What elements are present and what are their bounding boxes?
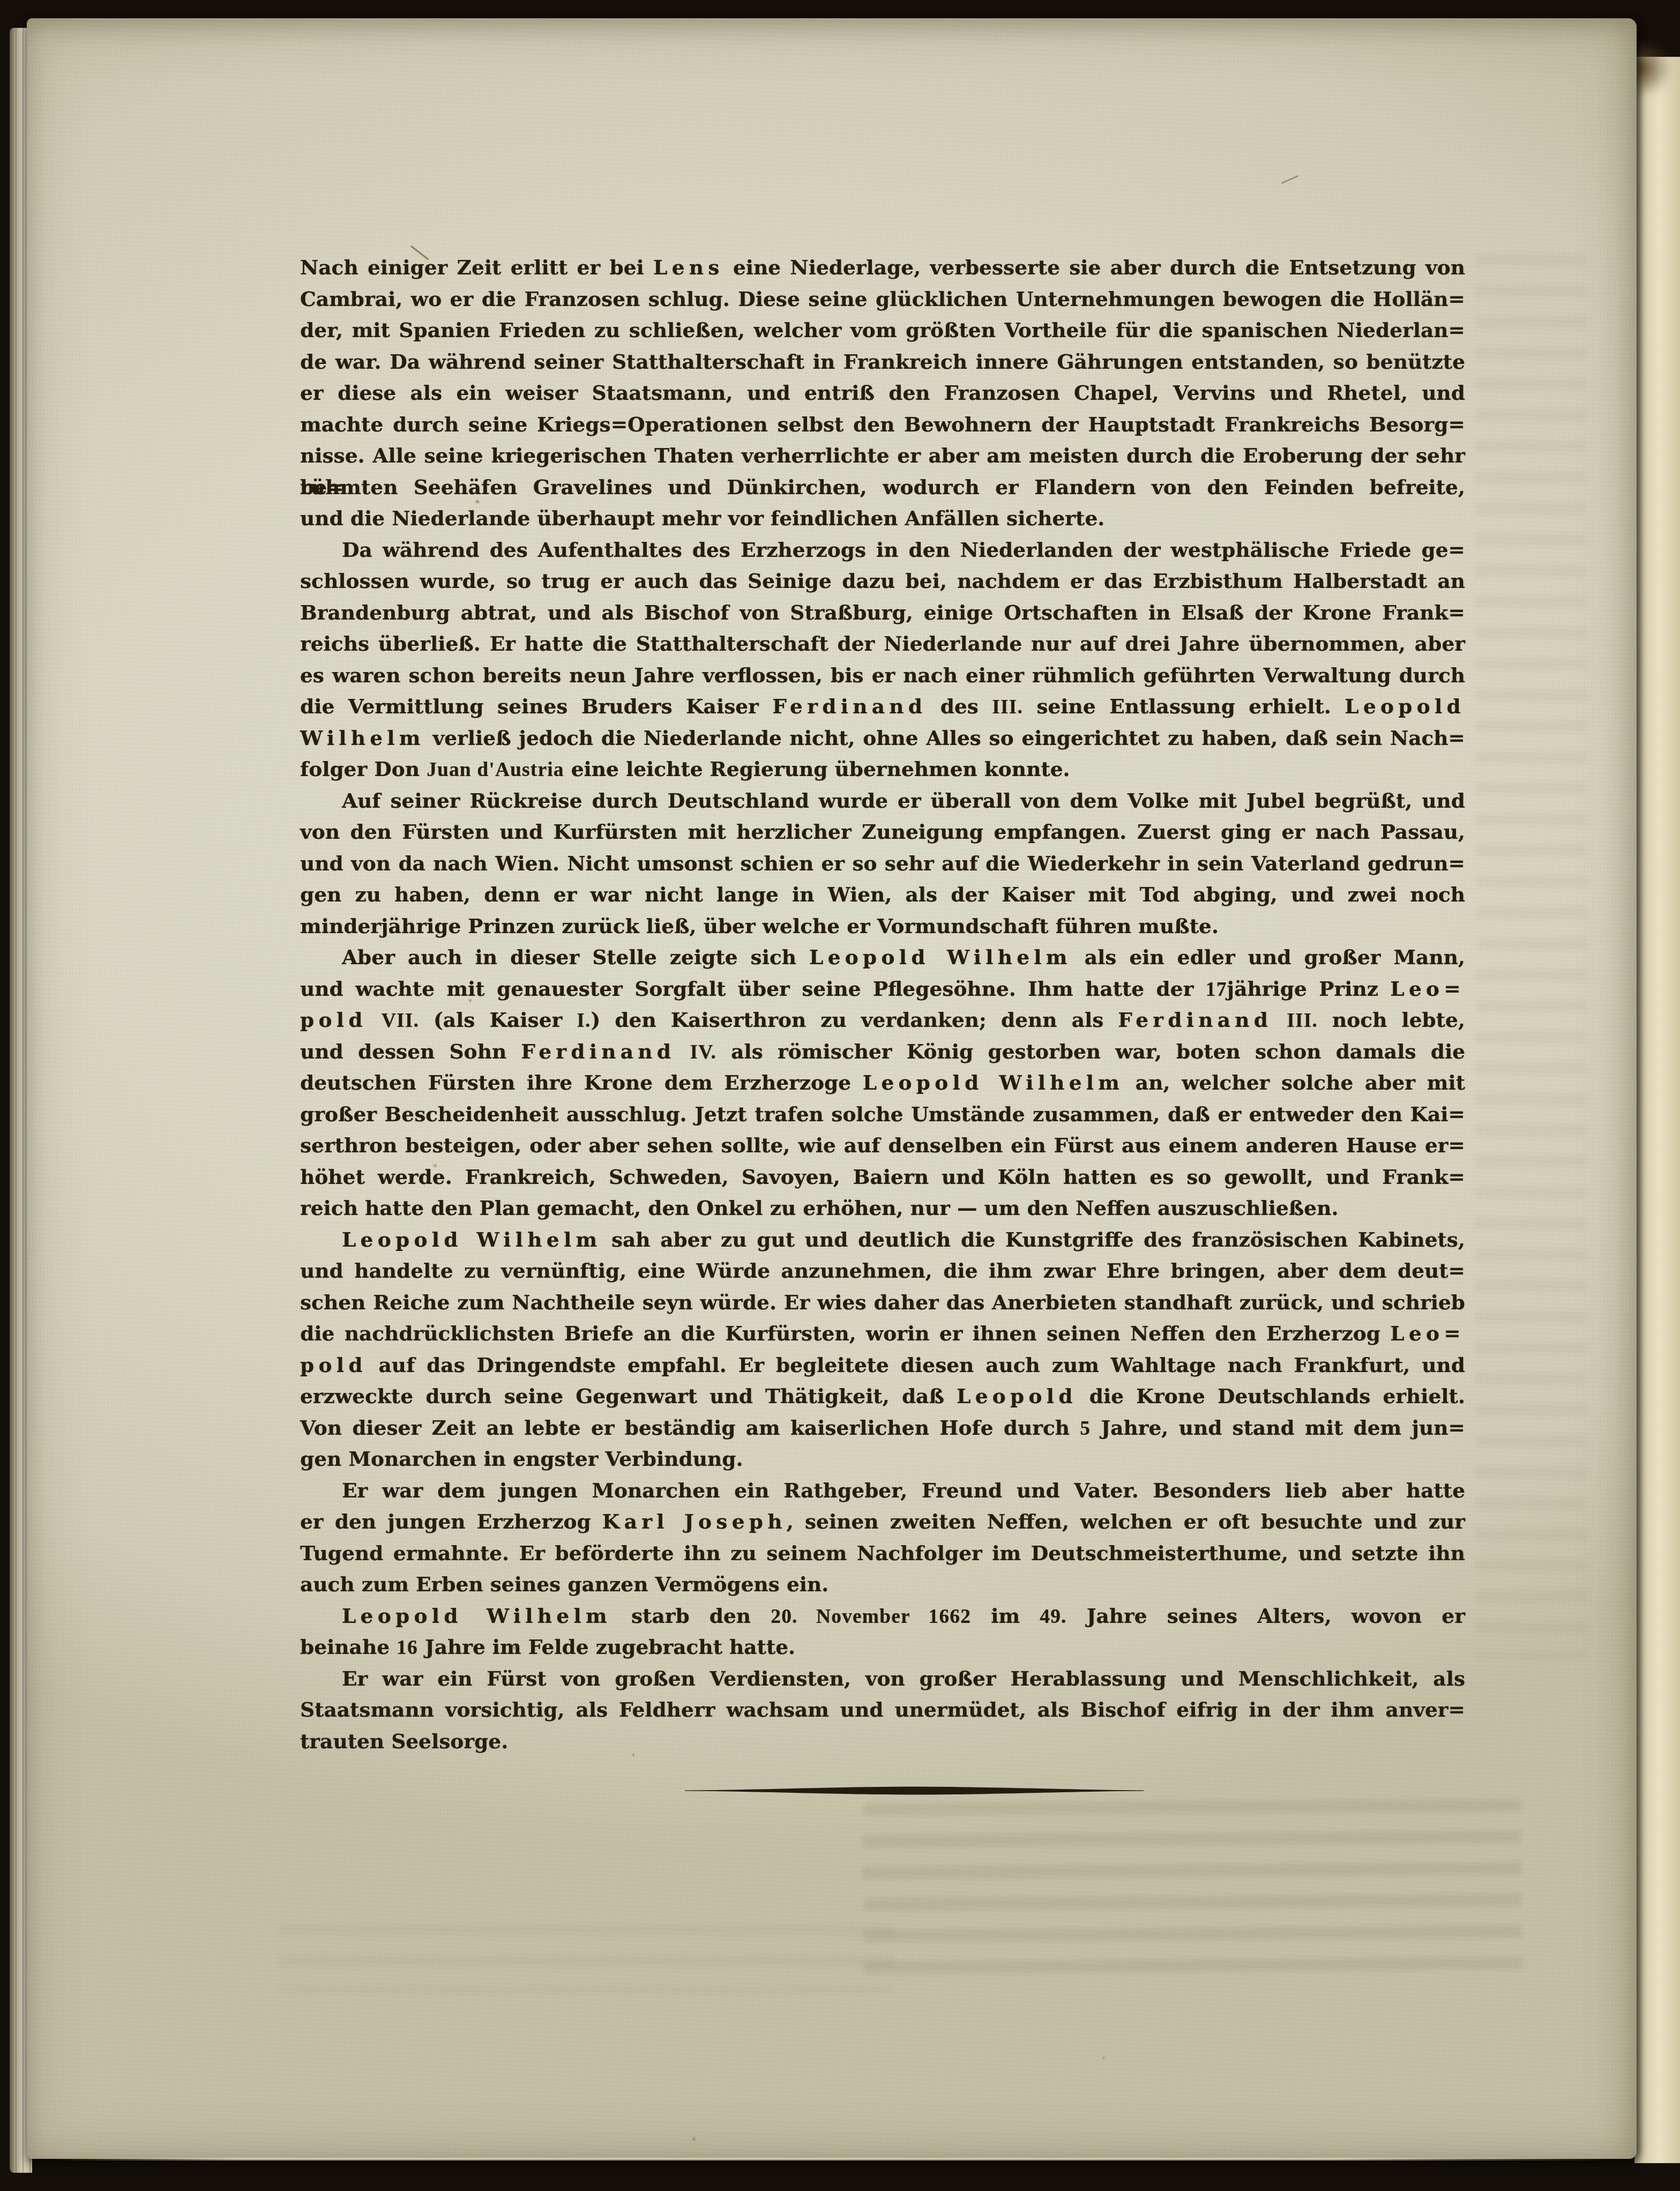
text-segment: deutschen Fürsten ihre Krone dem Erzherz… <box>300 1071 863 1094</box>
text-line: schen Reiche zum Nachtheile seyn würde. … <box>300 1287 1465 1318</box>
antiqua-segment: IV. <box>690 1041 716 1063</box>
antiqua-segment: III. <box>992 696 1023 718</box>
antiqua-segment: III. <box>1287 1010 1318 1032</box>
text-segment: noch lebte, <box>1318 1008 1465 1032</box>
antiqua-segment: 5 <box>1080 1418 1091 1440</box>
letterspaced-name: Karl Joseph <box>602 1510 787 1533</box>
text-line: großer Bescheidenheit ausschlug. Jetzt t… <box>300 1099 1465 1130</box>
text-line: der, mit Spanien Frieden zu schließen, w… <box>300 315 1465 346</box>
foxing-spot <box>1102 2056 1106 2060</box>
text-segment: der, mit Spanien Frieden zu schließen, w… <box>300 318 1465 342</box>
letterspaced-name: Leopold <box>1345 695 1465 718</box>
text-segment: , seinen zweiten Neffen, welchen er oft … <box>787 1510 1465 1533</box>
antiqua-segment: I. <box>577 1010 591 1032</box>
show-through-text-bottom-left <box>279 1924 895 1994</box>
text-line: reich hatte den Plan gemacht, den Onkel … <box>300 1193 1465 1224</box>
text-segment: an, welcher solche aber mit <box>1124 1071 1465 1094</box>
text-segment: erzweckte durch seine Gegenwart und Thät… <box>300 1384 957 1408</box>
text-line: gen Monarchen in engster Verbindung. <box>300 1443 1465 1475</box>
text-segment: beinahe <box>300 1635 397 1659</box>
text-segment: schen Reiche zum Nachtheile seyn würde. … <box>300 1291 1465 1314</box>
text-line: deutschen Fürsten ihre Krone dem Erzherz… <box>300 1067 1465 1099</box>
text-segment: Cambrai, wo er die Franzosen schlug. Die… <box>300 287 1465 311</box>
page-text: Nach einiger Zeit erlitt er bei Lens ein… <box>300 252 1465 1757</box>
text-segment: schlossen wurde, so trug er auch das Sei… <box>300 569 1465 593</box>
text-segment: Nach einiger Zeit erlitt er bei <box>300 256 653 279</box>
letterspaced-name: Lens <box>653 256 724 279</box>
text-line: erzweckte durch seine Gegenwart und Thät… <box>300 1381 1465 1412</box>
text-segment <box>367 1008 382 1032</box>
text-line: Nach einiger Zeit erlitt er bei Lens ein… <box>300 252 1465 284</box>
text-segment: Jahre im Felde zugebracht hatte. <box>418 1635 795 1659</box>
text-segment: reichs überließ. Er hatte die Statthalte… <box>300 632 1465 655</box>
text-segment: eine Niederlage, verbesserte sie aber du… <box>724 256 1465 279</box>
text-line: Er war ein Fürst von großen Verdiensten,… <box>300 1663 1465 1695</box>
text-segment: und wachte mit genauester Sorgfalt über … <box>300 977 1206 1001</box>
text-line: pold auf das Dringendste empfahl. Er beg… <box>300 1350 1465 1381</box>
text-segment: und von da nach Wien. Nicht umsonst schi… <box>300 852 1465 875</box>
book-page: Nach einiger Zeit erlitt er bei Lens ein… <box>27 18 1637 2159</box>
text-line: er diese als ein weiser Staatsmann, und … <box>300 377 1465 409</box>
text-segment: höhet werde. Frankreich, Schweden, Savoy… <box>300 1165 1465 1189</box>
text-segment: als römischer König gestorben war, boten… <box>716 1040 1465 1063</box>
text-segment: großer Bescheidenheit ausschlug. Jetzt t… <box>300 1102 1465 1126</box>
letterspaced-name: Leopold Wilhelm <box>809 945 1072 969</box>
text-segment: die Krone Deutschlands erhielt. <box>1077 1384 1465 1408</box>
text-segment: und dessen Sohn <box>300 1040 521 1063</box>
text-segment: Aber auch in dieser Stelle zeigte sich <box>342 945 809 969</box>
text-segment <box>675 1040 690 1063</box>
text-line: Staatsmann vorsichtig, als Feldherr wach… <box>300 1694 1465 1726</box>
text-segment: Da während des Aufenthaltes des Erzherzo… <box>342 538 1465 562</box>
show-through-text-right-margin <box>1476 254 1586 1658</box>
text-segment: als ein edler und großer Mann, <box>1072 945 1465 969</box>
text-segment: auf das Dringendste empfahl. Er begleite… <box>367 1353 1465 1377</box>
text-segment <box>1272 1008 1287 1032</box>
text-segment: machte durch seine Kriegs=Operationen se… <box>300 413 1465 436</box>
text-segment: minderjährige Prinzen zurück ließ, über … <box>300 914 1219 938</box>
text-segment: serthron besteigen, oder aber sehen soll… <box>300 1134 1465 1157</box>
adjacent-page-edge-right <box>1634 57 1680 2163</box>
text-line: beinahe 16 Jahre im Felde zugebracht hat… <box>300 1631 1465 1663</box>
text-line: folger Don Juan d'Austria eine leichte R… <box>300 754 1465 785</box>
text-segment: und handelte zu vernünftig, eine Würde a… <box>300 1259 1465 1283</box>
text-line: er den jungen Erzherzog Karl Joseph, sei… <box>300 1506 1465 1538</box>
text-segment: (als Kaiser <box>419 1008 577 1032</box>
text-segment: er den jungen Erzherzog <box>300 1510 602 1533</box>
text-line: und von da nach Wien. Nicht umsonst schi… <box>300 848 1465 880</box>
book-photo-background: Nach einiger Zeit erlitt er bei Lens ein… <box>0 0 1680 2191</box>
text-line: Er war dem jungen Monarchen ein Rathgebe… <box>300 1475 1465 1507</box>
text-segment: die Vermittlung seines Bruders Kaiser <box>300 695 772 718</box>
letterspaced-name: pold <box>300 1353 367 1377</box>
text-line: Leopold Wilhelm sah aber zu gut und deut… <box>300 1224 1465 1256</box>
paper-fiber <box>1281 175 1298 184</box>
text-line: und handelte zu vernünftig, eine Würde a… <box>300 1255 1465 1287</box>
text-segment: Auf seiner Rückreise durch Deutschland w… <box>342 789 1465 813</box>
text-line: nisse. Alle seine kriegerischen Thaten v… <box>300 440 1465 472</box>
text-line: Brandenburg abtrat, und als Bischof von … <box>300 597 1465 629</box>
text-segment: eine leichte Regierung übernehmen konnte… <box>564 757 1070 781</box>
text-line: Von dieser Zeit an lebte er beständig am… <box>300 1412 1465 1444</box>
text-segment: Tugend ermahnte. Er beförderte ihn zu se… <box>300 1541 1465 1565</box>
text-segment: Jahre seines Alters, wovon er <box>1067 1604 1465 1628</box>
text-segment: Staatsmann vorsichtig, als Feldherr wach… <box>300 1698 1465 1721</box>
text-line: machte durch seine Kriegs=Operationen se… <box>300 409 1465 441</box>
antiqua-segment: VII. <box>382 1010 419 1032</box>
text-segment: Er war dem jungen Monarchen ein Rathgebe… <box>342 1479 1465 1502</box>
letterspaced-name: Ferdinand <box>772 695 927 718</box>
text-line: und wachte mit genauester Sorgfalt über … <box>300 973 1465 1005</box>
section-divider-rule <box>685 1786 1144 1795</box>
letterspaced-name: pold <box>300 1008 367 1032</box>
letterspaced-name: Leo= <box>1390 1322 1465 1345</box>
show-through-text-bottom-right <box>862 1799 1522 1986</box>
text-segment: Er war ein Fürst von großen Verdiensten,… <box>342 1667 1465 1690</box>
antiqua-segment: 17 <box>1206 979 1227 1001</box>
letterspaced-name: Leopold Wilhelm <box>863 1071 1124 1094</box>
letterspaced-name: Ferdinand <box>1118 1008 1272 1032</box>
text-line: Auf seiner Rückreise durch Deutschland w… <box>300 785 1465 817</box>
text-segment: trauten Seelsorge. <box>300 1730 508 1753</box>
text-line: serthron besteigen, oder aber sehen soll… <box>300 1130 1465 1161</box>
text-line: es waren schon bereits neun Jahre verflo… <box>300 660 1465 691</box>
text-segment: folger Don <box>300 757 427 781</box>
text-line: die nachdrücklichsten Briefe an die Kurf… <box>300 1318 1465 1350</box>
text-segment: von den Fürsten und Kurfürsten mit herzl… <box>300 820 1465 844</box>
text-line: rühmten Seehäfen Gravelines und Dünkirch… <box>300 472 1465 503</box>
letterspaced-name: Leopold Wilhelm <box>342 1228 601 1251</box>
text-line: de war. Da während seiner Statthaltersch… <box>300 346 1465 378</box>
antiqua-segment: 20. November 1662 <box>771 1606 971 1628</box>
swelled-rule-shape <box>685 1786 1144 1795</box>
text-line: von den Fürsten und Kurfürsten mit herzl… <box>300 816 1465 848</box>
text-segment: sah aber zu gut und deutlich die Kunstgr… <box>601 1228 1465 1251</box>
text-segment: gen zu haben, denn er war nicht lange in… <box>300 883 1465 906</box>
letterspaced-name: Juan d'Austria <box>427 759 564 781</box>
text-segment: Brandenburg abtrat, und als Bischof von … <box>300 601 1465 624</box>
text-line: Wilhelm verließ jedoch die Niederlande n… <box>300 722 1465 754</box>
text-line: die Vermittlung seines Bruders Kaiser Fe… <box>300 691 1465 722</box>
text-line: gen zu haben, denn er war nicht lange in… <box>300 879 1465 911</box>
text-segment: er diese als ein weiser Staatsmann, und … <box>300 381 1465 405</box>
text-segment: de war. Da während seiner Statthaltersch… <box>300 350 1465 374</box>
letterspaced-name: Leo= <box>1390 977 1465 1001</box>
text-line: und dessen Sohn Ferdinand IV. als römisc… <box>300 1036 1465 1068</box>
text-line: und die Niederlande überhaupt mehr vor f… <box>300 503 1465 534</box>
text-line: Leopold Wilhelm starb den 20. November 1… <box>300 1600 1465 1632</box>
letterspaced-name: Wilhelm <box>300 726 425 750</box>
text-line: Tugend ermahnte. Er beförderte ihn zu se… <box>300 1538 1465 1569</box>
text-segment: ) den Kaiserthron zu verdanken; denn als <box>591 1008 1118 1032</box>
antiqua-segment: 49. <box>1040 1606 1066 1628</box>
text-segment: die nachdrücklichsten Briefe an die Kurf… <box>300 1322 1390 1345</box>
text-segment: Jahre, und stand mit dem jun= <box>1091 1416 1465 1440</box>
text-segment: und die Niederlande überhaupt mehr vor f… <box>300 506 1104 530</box>
text-line: auch zum Erben seines ganzen Vermögens e… <box>300 1569 1465 1600</box>
text-segment: seine Entlassung erhielt. <box>1023 695 1345 718</box>
letterspaced-name: Ferdinand <box>521 1040 675 1063</box>
text-segment: gen Monarchen in engster Verbindung. <box>300 1447 743 1471</box>
text-segment: verließ jedoch die Niederlande nicht, oh… <box>425 726 1465 750</box>
text-segment: des <box>927 695 992 718</box>
text-line: reichs überließ. Er hatte die Statthalte… <box>300 628 1465 660</box>
text-segment: Von dieser Zeit an lebte er beständig am… <box>300 1416 1080 1440</box>
text-segment: im <box>971 1604 1040 1628</box>
text-line: Da während des Aufenthaltes des Erzherzo… <box>300 534 1465 566</box>
text-segment: reich hatte den Plan gemacht, den Onkel … <box>300 1196 1339 1220</box>
letterspaced-name: Leopold <box>957 1384 1077 1408</box>
text-segment: rühmten Seehäfen Gravelines und Dünkirch… <box>300 475 1465 499</box>
text-segment: auch zum Erben seines ganzen Vermögens e… <box>300 1573 828 1596</box>
foxing-spot <box>691 2136 697 2142</box>
text-line: schlossen wurde, so trug er auch das Sei… <box>300 565 1465 597</box>
text-line: höhet werde. Frankreich, Schweden, Savoy… <box>300 1161 1465 1193</box>
text-line: Aber auch in dieser Stelle zeigte sich L… <box>300 942 1465 973</box>
text-segment: es waren schon bereits neun Jahre verflo… <box>300 664 1465 687</box>
text-line: trauten Seelsorge. <box>300 1726 1465 1757</box>
text-line: minderjährige Prinzen zurück ließ, über … <box>300 911 1465 942</box>
letterspaced-name: Leopold Wilhelm <box>342 1604 611 1628</box>
text-segment: jährige Prinz <box>1227 977 1391 1001</box>
text-segment: starb den <box>611 1604 771 1628</box>
text-line: pold VII. (als Kaiser I.) den Kaiserthro… <box>300 1004 1465 1036</box>
antiqua-segment: 16 <box>397 1637 418 1659</box>
text-line: Cambrai, wo er die Franzosen schlug. Die… <box>300 284 1465 315</box>
